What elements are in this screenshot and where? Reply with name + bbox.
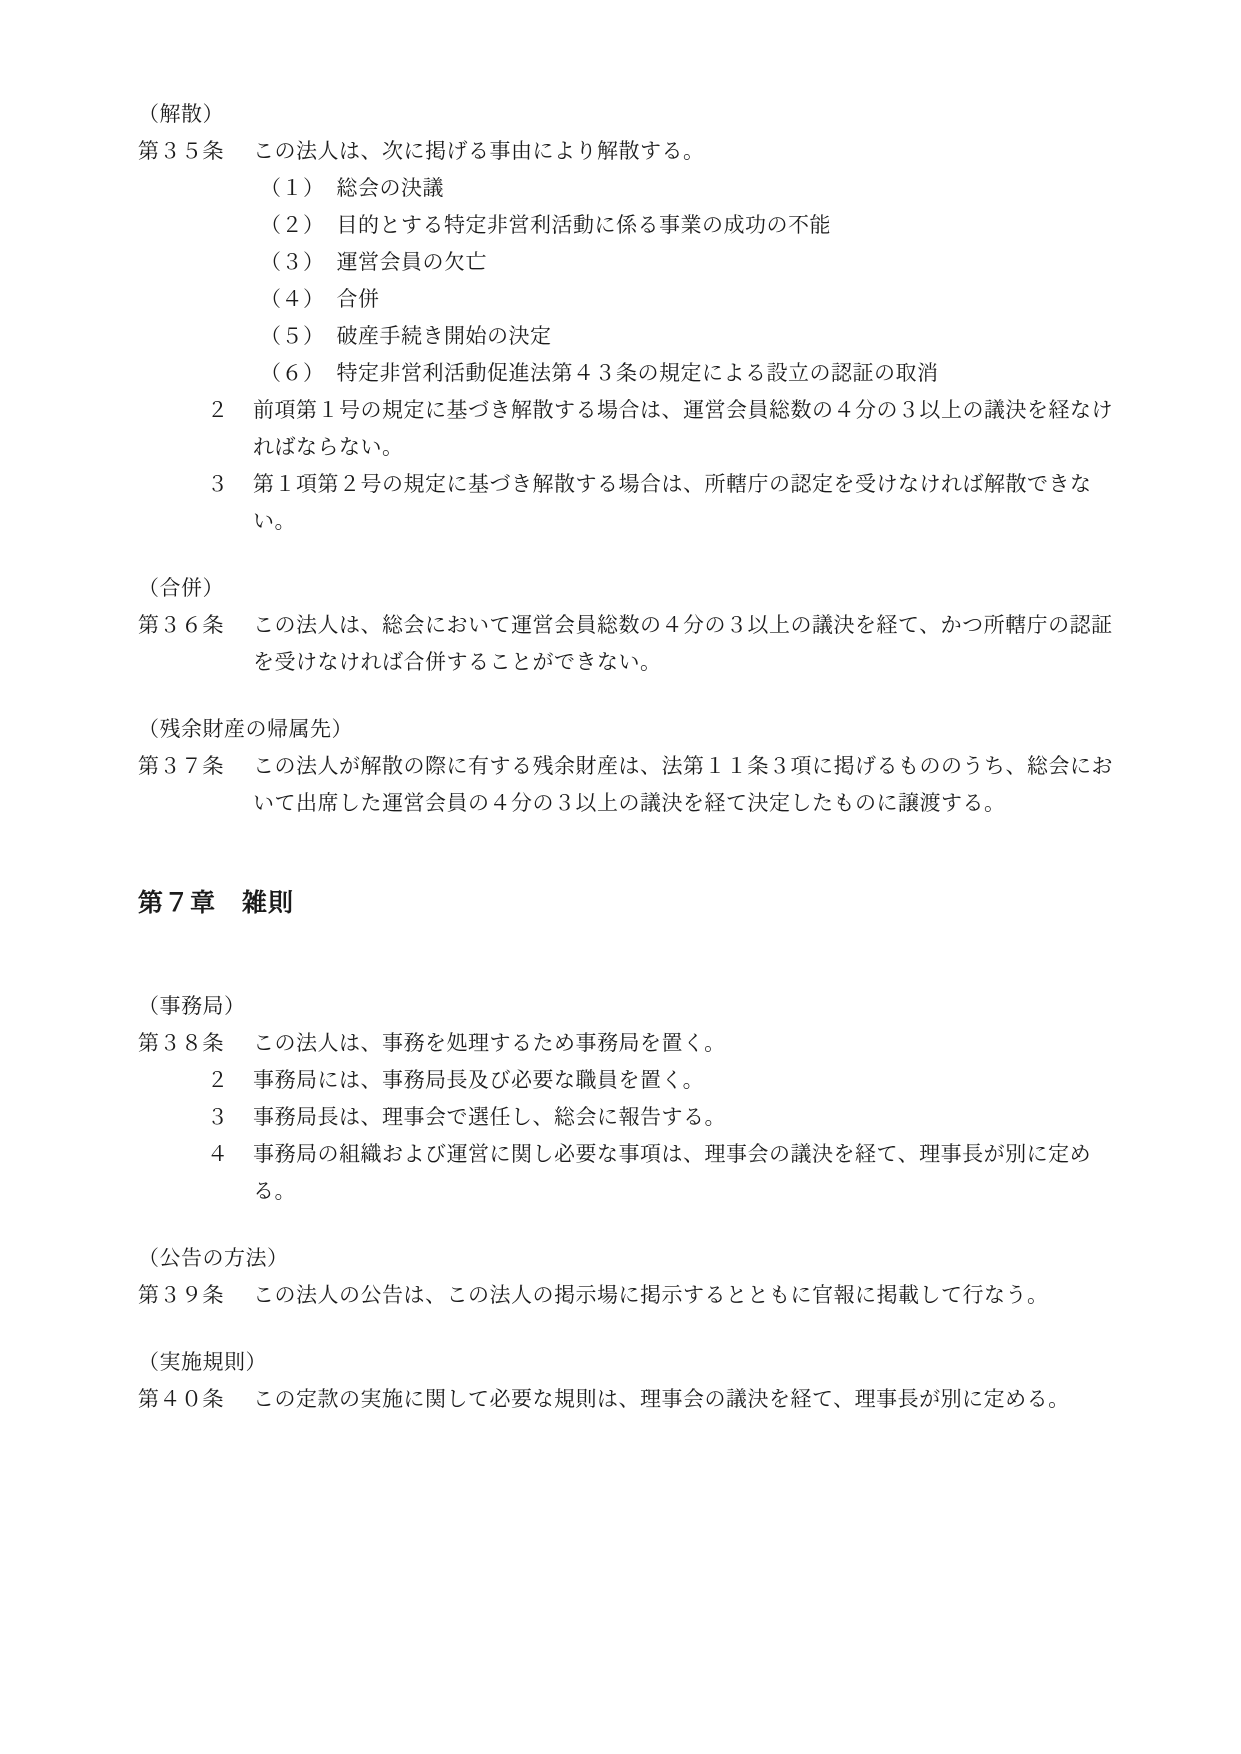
article-38-para-3-number: ３ [207,1099,253,1136]
paragraph-row: ３ 第１項第２号の規定に基づき解散する場合は、所轄庁の認定を受けなければ解散でき… [138,466,1121,540]
item-5-text: 破産手続き開始の決定 [337,318,1122,355]
article-37-number: 第３７条 [138,748,253,785]
article-35-body: この法人は、次に掲げる事由により解散する。 [253,133,1121,170]
article-35-para-2-number: ２ [207,392,253,429]
article-35-para-2-text: 前項第１号の規定に基づき解散する場合は、運営会員総数の４分の３以上の議決を経なけ… [253,392,1121,466]
article-36-number: 第３６条 [138,607,253,644]
article-38-body: この法人は、事務を処理するため事務局を置く。 [253,1025,1121,1062]
article-37: 第３７条 この法人が解散の際に有する残余財産は、法第１１条３項に掲げるもののうち… [138,748,1121,822]
article-35: 第３５条 この法人は、次に掲げる事由により解散する。 [138,133,1121,170]
document-body: （解散） 第３５条 この法人は、次に掲げる事由により解散する。 （１） 総会の決… [138,96,1121,1418]
item-2-text: 目的とする特定非営利活動に係る事業の成功の不能 [337,207,1122,244]
item-1-label: （１） [260,170,325,207]
chapter-7-heading: 第７章 雑則 [138,884,1121,924]
item-4-label: （４） [260,281,325,318]
article-38: 第３８条 この法人は、事務を処理するため事務局を置く。 [138,1025,1121,1062]
list-item: （３） 運営会員の欠亡 [138,244,1121,281]
article-39-number: 第３９条 [138,1277,253,1314]
list-item: （４） 合併 [138,281,1121,318]
item-3-text: 運営会員の欠亡 [337,244,1122,281]
section-label-residual-assets: （残余財産の帰属先） [138,711,1121,748]
article-35-para-3-number: ３ [207,466,253,503]
document-page: （解散） 第３５条 この法人は、次に掲げる事由により解散する。 （１） 総会の決… [0,0,1241,1754]
section-implementation-rules: （実施規則） 第４０条 この定款の実施に関して必要な規則は、理事会の議決を経て、… [138,1344,1121,1418]
article-40-number: 第４０条 [138,1381,253,1418]
section-label-public-notice: （公告の方法） [138,1240,1121,1277]
article-35-para-3-text: 第１項第２号の規定に基づき解散する場合は、所轄庁の認定を受けなければ解散できない… [253,466,1121,540]
paragraph-row: ２ 前項第１号の規定に基づき解散する場合は、運営会員総数の４分の３以上の議決を経… [138,392,1121,466]
article-40-body: この定款の実施に関して必要な規則は、理事会の議決を経て、理事長が別に定める。 [253,1381,1121,1418]
list-item: （５） 破産手続き開始の決定 [138,318,1121,355]
section-merger: （合併） 第３６条 この法人は、総会において運営会員総数の４分の３以上の議決を経… [138,570,1121,681]
section-secretariat: （事務局） 第３８条 この法人は、事務を処理するため事務局を置く。 ２ 事務局に… [138,988,1121,1210]
item-1-text: 総会の決議 [337,170,1122,207]
article-37-body: この法人が解散の際に有する残余財産は、法第１１条３項に掲げるもののうち、総会にお… [253,748,1121,822]
item-5-label: （５） [260,318,325,355]
list-item: （１） 総会の決議 [138,170,1121,207]
list-item: （６） 特定非営利活動促進法第４３条の規定による設立の認証の取消 [138,355,1121,392]
list-item: （２） 目的とする特定非営利活動に係る事業の成功の不能 [138,207,1121,244]
item-4-text: 合併 [337,281,1122,318]
section-label-dissolution: （解散） [138,96,1121,133]
article-38-para-2-number: ２ [207,1062,253,1099]
paragraph-row: ２ 事務局には、事務局長及び必要な職員を置く。 [138,1062,1121,1099]
article-39-body: この法人の公告は、この法人の掲示場に掲示するとともに官報に掲載して行なう。 [253,1277,1121,1314]
article-36-body: この法人は、総会において運営会員総数の４分の３以上の議決を経て、かつ所轄庁の認証… [253,607,1121,681]
article-35-number: 第３５条 [138,133,253,170]
item-6-text: 特定非営利活動促進法第４３条の規定による設立の認証の取消 [337,355,1122,392]
article-40: 第４０条 この定款の実施に関して必要な規則は、理事会の議決を経て、理事長が別に定… [138,1381,1121,1418]
section-public-notice: （公告の方法） 第３９条 この法人の公告は、この法人の掲示場に掲示するとともに官… [138,1240,1121,1314]
section-label-secretariat: （事務局） [138,988,1121,1025]
paragraph-row: ３ 事務局長は、理事会で選任し、総会に報告する。 [138,1099,1121,1136]
item-6-label: （６） [260,355,325,392]
item-2-label: （２） [260,207,325,244]
article-38-para-4-number: ４ [207,1136,253,1173]
article-38-para-3-text: 事務局長は、理事会で選任し、総会に報告する。 [253,1099,1121,1136]
section-label-implementation-rules: （実施規則） [138,1344,1121,1381]
section-residual-assets: （残余財産の帰属先） 第３７条 この法人が解散の際に有する残余財産は、法第１１条… [138,711,1121,822]
paragraph-row: ４ 事務局の組織および運営に関し必要な事項は、理事会の議決を経て、理事長が別に定… [138,1136,1121,1210]
article-36: 第３６条 この法人は、総会において運営会員総数の４分の３以上の議決を経て、かつ所… [138,607,1121,681]
section-label-merger: （合併） [138,570,1121,607]
article-38-number: 第３８条 [138,1025,253,1062]
article-38-para-4-text: 事務局の組織および運営に関し必要な事項は、理事会の議決を経て、理事長が別に定める… [253,1136,1121,1210]
section-dissolution: （解散） 第３５条 この法人は、次に掲げる事由により解散する。 （１） 総会の決… [138,96,1121,540]
article-38-para-2-text: 事務局には、事務局長及び必要な職員を置く。 [253,1062,1121,1099]
article-39: 第３９条 この法人の公告は、この法人の掲示場に掲示するとともに官報に掲載して行な… [138,1277,1121,1314]
item-3-label: （３） [260,244,325,281]
